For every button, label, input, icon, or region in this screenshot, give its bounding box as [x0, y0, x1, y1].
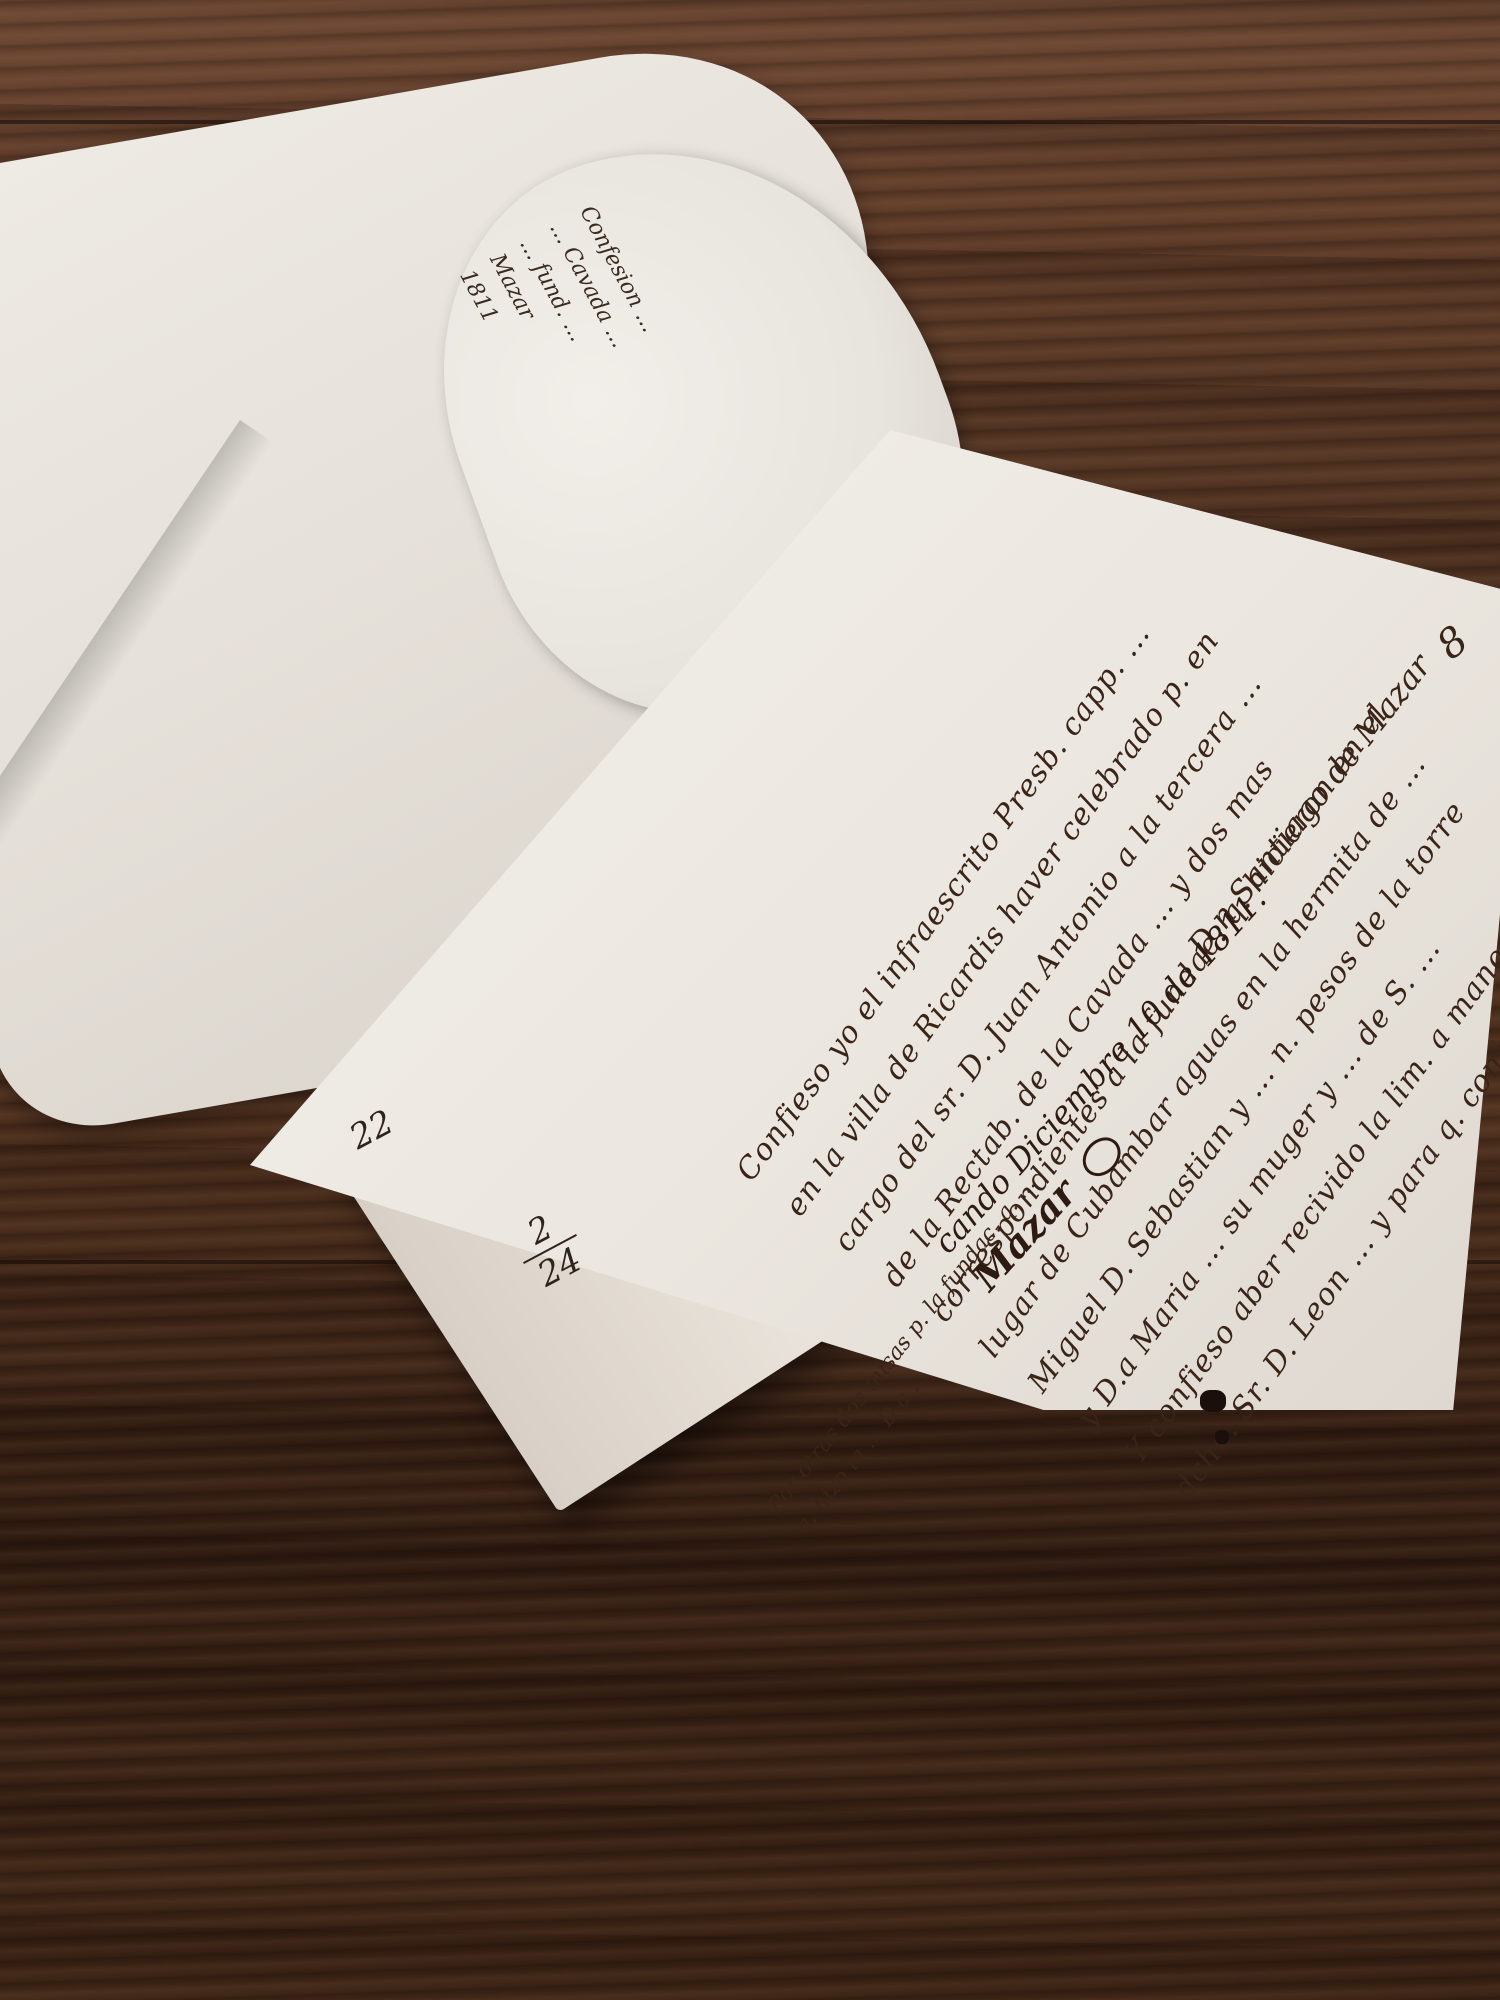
ink-blot: [1215, 1430, 1229, 1444]
ink-blot: [1200, 1390, 1226, 1412]
